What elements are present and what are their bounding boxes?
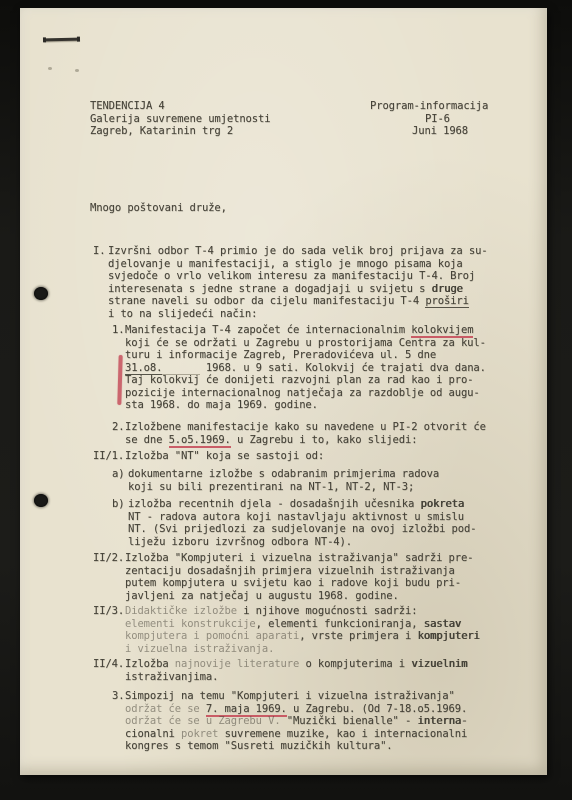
staple-prong-mark xyxy=(75,69,79,72)
text-segment: dokumentarne izložbe s odabranim primjer… xyxy=(128,468,439,480)
text-segment: Izložba "NT" koja se sastoji od: xyxy=(125,450,324,462)
punch-hole-icon xyxy=(34,494,48,507)
text-segment: sastav xyxy=(424,618,461,630)
text-segment: , vrste primjera i xyxy=(299,630,417,642)
text-segment: Izložbene manifestacije kako su navedene… xyxy=(125,421,486,433)
text-segment: strane naveli su odbor da cijelu manifes… xyxy=(108,295,425,307)
text-segment: proširi xyxy=(425,295,469,308)
text-segment: o kompjuterima i xyxy=(299,658,411,670)
text-segment: Izložba "Kompjuteri i vizuelna istraživa… xyxy=(125,552,473,564)
program-title: Program-informacija xyxy=(370,100,488,113)
program-number: PI-6 xyxy=(425,113,488,126)
text-line: cionalni pokret suvremene muzike, kao i … xyxy=(125,728,467,741)
text-segment: zentaciju dosadašnjih primjera vizuelnih… xyxy=(125,565,455,577)
text-segment: "Muzički bienalle" - xyxy=(281,715,418,727)
text-line: javljeni za natječaj u augustu 1968. god… xyxy=(125,590,473,603)
text-line: NT. (Svi prijedlozi za sudjelovanje na o… xyxy=(128,523,476,536)
sender-gallery: Galerija suvremene umjetnosti xyxy=(90,113,270,126)
text-line: interesenata s jedne strane a dogadjaji … xyxy=(108,283,488,296)
text-line: elementi konstrukcije, elementi funkcion… xyxy=(125,618,480,631)
text-segment: u Zagrebu. (Od 7-18.o5.1969. xyxy=(287,703,467,715)
text-line: istraživanjima. xyxy=(125,671,467,684)
text-segment: istraživanjima. xyxy=(125,671,218,683)
text-segment: koji su bili prezentirani na NT-1, NT-2,… xyxy=(128,481,414,493)
item-label: 1. xyxy=(112,324,124,337)
text-segment: održat će se u Zagrebu V. xyxy=(125,715,281,727)
program-date: Juni 1968 xyxy=(412,125,488,138)
text-line: djelovanje u manifestaciji, a stiglo je … xyxy=(108,258,488,271)
text-line: sta 1968. do maja 1969. godine. xyxy=(125,399,486,412)
item-label: II/1. xyxy=(93,450,124,463)
text-segment: cionalni xyxy=(125,728,181,740)
text-line: Izložba "NT" koja se sastoji od: xyxy=(125,450,324,463)
text-segment: u Zagrebu i to, kako slijedi: xyxy=(231,434,418,446)
text-segment: pozicije internacionalnog natječaja za r… xyxy=(125,387,480,399)
item-II-1: II/1. Izložba "NT" koja se sastoji od: xyxy=(93,450,324,463)
text-line: i vizuelna istraživanja. xyxy=(125,643,480,656)
text-line: Didaktičke izložbe i njihove mogućnosti … xyxy=(125,605,480,618)
text-segment: druge xyxy=(432,283,463,295)
text-line: održat će se u Zagrebu V. "Muzički biena… xyxy=(125,715,467,728)
text-line: Manifestacija T-4 započet će internacion… xyxy=(125,324,486,337)
text-line: dokumentarne izložbe s odabranim primjer… xyxy=(128,468,439,481)
text-segment: vizuelnim xyxy=(411,658,467,670)
text-segment: , elementi funkcioniranja, xyxy=(256,618,424,630)
text-segment: NT. (Svi prijedlozi za sudjelovanje na o… xyxy=(128,523,476,535)
text-line: NT - radova autora koji nastavljaju akti… xyxy=(128,511,476,524)
text-segment: izložba recentnih djela - dosadašnjih uč… xyxy=(128,498,420,510)
text-segment: interna- xyxy=(417,715,467,727)
item-label: II/4. xyxy=(93,658,124,671)
text-segment: pokreta xyxy=(420,498,464,510)
item-label: a) xyxy=(112,468,124,481)
text-line: i to na slijedeći način: xyxy=(108,308,488,321)
text-segment: i njihove mogućnosti sadrži: xyxy=(237,605,417,617)
text-segment: Didaktičke izložbe xyxy=(125,605,237,617)
text-line: liježu izboru izvršnog odbora NT-4). xyxy=(128,536,476,549)
sender-address: Zagreb, Katarinin trg 2 xyxy=(90,125,270,138)
item-1: 1. Manifestacija T-4 započet će internac… xyxy=(112,324,486,412)
text-segment: 1968. u 9 sati. Kolokvij će trajati dva … xyxy=(200,362,486,374)
staple-icon xyxy=(44,38,79,42)
text-segment: Taj kolokvij će donijeti razvojni plan z… xyxy=(125,374,473,386)
item-II-3: II/3. Didaktičke izložbe i njihove moguć… xyxy=(93,605,480,655)
item-label: 3. xyxy=(112,690,124,703)
text-segment: kompjutera i pomoćni aparati xyxy=(125,630,299,642)
text-line: 31.o8. 1968. u 9 sati. Kolokvij će traja… xyxy=(125,362,486,375)
text-line: turu i informacije Zagreb, Preradovićeva… xyxy=(125,349,486,362)
text-segment: liježu izboru izvršnog odbora NT-4). xyxy=(128,536,352,548)
text-line: pozicije internacionalnog natječaja za r… xyxy=(125,387,486,400)
text-segment: 31.o8. xyxy=(125,362,162,375)
text-line: Simpozij na temu "Kompjuteri i vizuelna … xyxy=(125,690,467,703)
text-segment: turu i informacije Zagreb, Preradovićeva… xyxy=(125,349,436,361)
text-segment: se dne xyxy=(125,434,169,446)
text-line: Izvršni odbor T-4 primio je do sada veli… xyxy=(108,245,488,258)
punch-hole-icon xyxy=(34,287,48,300)
text-segment: Izvršni odbor T-4 primio je do sada veli… xyxy=(108,245,488,257)
text-segment: i vizuelna istraživanja. xyxy=(125,643,274,655)
text-segment: Izložba xyxy=(125,658,175,670)
text-line: svjedoče o vrlo velikom interesu za mani… xyxy=(108,270,488,283)
text-segment: Manifestacija T-4 započet će internacion… xyxy=(125,324,411,336)
text-segment: putem kompjutera u svijetu kao i radove … xyxy=(125,577,461,589)
text-segment: svjedoče o vrlo velikom interesu za mani… xyxy=(108,270,475,282)
text-segment: elementi konstrukcije xyxy=(125,618,256,630)
item-label: 2. xyxy=(112,421,124,434)
text-line: koji su bili prezentirani na NT-1, NT-2,… xyxy=(128,481,439,494)
text-segment: pokret xyxy=(181,728,218,740)
paragraph-label: I. xyxy=(93,245,105,258)
subitem-a: a) dokumentarne izložbe s odabranim prim… xyxy=(112,468,439,493)
text-segment: održat će se xyxy=(125,703,206,715)
scan-background: TENDENCIJA 4 Galerija suvremene umjetnos… xyxy=(0,0,572,800)
text-line: kongres s temom "Susreti muzičkih kultur… xyxy=(125,740,467,753)
text-line: putem kompjutera u svijetu kao i radove … xyxy=(125,577,473,590)
sender-name: TENDENCIJA 4 xyxy=(90,100,270,113)
item-II-2: II/2. Izložba "Kompjuteri i vizuelna ist… xyxy=(93,552,473,602)
text-line: Izložba najnovije literature o kompjuter… xyxy=(125,658,467,671)
text-line: Taj kolokvij će donijeti razvojni plan z… xyxy=(125,374,486,387)
letterhead-sender: TENDENCIJA 4 Galerija suvremene umjetnos… xyxy=(90,100,270,138)
text-line: održat će se 7. maja 1969. u Zagrebu. (O… xyxy=(125,703,467,716)
program-info-block: Program-informacija PI-6 Juni 1968 xyxy=(370,100,488,138)
item-label: II/3. xyxy=(93,605,124,618)
subitem-b: b) izložba recentnih djela - dosadašnjih… xyxy=(112,498,476,548)
text-segment: interesenata s jedne strane a dogadjaji … xyxy=(108,283,432,295)
text-segment: i to na slijedeći način: xyxy=(108,308,257,320)
staple-prong-mark xyxy=(48,67,52,70)
item-II-4: II/4. Izložba najnovije literature o kom… xyxy=(93,658,467,683)
item-label: II/2. xyxy=(93,552,124,565)
text-line: strane naveli su odbor da cijelu manifes… xyxy=(108,295,488,308)
text-segment: Simpozij na temu "Kompjuteri i vizuelna … xyxy=(125,690,455,702)
text-line: Izložbene manifestacije kako su navedene… xyxy=(125,421,486,434)
document-page: TENDENCIJA 4 Galerija suvremene umjetnos… xyxy=(20,8,547,775)
text-segment: koji će se održati u Zagrebu u prostorij… xyxy=(125,337,486,349)
text-segment: najnovije literature xyxy=(175,658,299,670)
text-segment: kongres s temom "Susreti muzičkih kultur… xyxy=(125,740,393,752)
text-segment: NT - radova autora koji nastavljaju akti… xyxy=(128,511,464,523)
text-line: izložba recentnih djela - dosadašnjih uč… xyxy=(128,498,476,511)
text-line: koji će se održati u Zagrebu u prostorij… xyxy=(125,337,486,350)
text-line: kompjutera i pomoćni aparati, vrste prim… xyxy=(125,630,480,643)
salutation: Mnogo poštovani druže, xyxy=(90,202,227,215)
text-line: zentaciju dosadašnjih primjera vizuelnih… xyxy=(125,565,473,578)
text-segment: 5.o5.1969. xyxy=(169,434,231,448)
text-segment: javljeni za natječaj u augustu 1968. god… xyxy=(125,590,399,602)
paragraph-I: I. Izvršni odbor T-4 primio je do sada v… xyxy=(93,245,488,320)
text-segment: kompjuteri xyxy=(417,630,479,642)
text-segment xyxy=(162,362,199,375)
text-segment: sta 1968. do maja 1969. godine. xyxy=(125,399,318,411)
item-3: 3. Simpozij na temu "Kompjuteri i vizuel… xyxy=(112,690,467,753)
text-segment: djelovanje u manifestaciji, a stiglo je … xyxy=(108,258,463,270)
text-line: se dne 5.o5.1969. u Zagrebu i to, kako s… xyxy=(125,434,486,447)
item-2: 2. Izložbene manifestacije kako su naved… xyxy=(112,421,486,446)
text-line: Izložba "Kompjuteri i vizuelna istraživa… xyxy=(125,552,473,565)
item-label: b) xyxy=(112,498,124,511)
text-segment: suvremene muzike, kao i internacionalni xyxy=(218,728,467,740)
